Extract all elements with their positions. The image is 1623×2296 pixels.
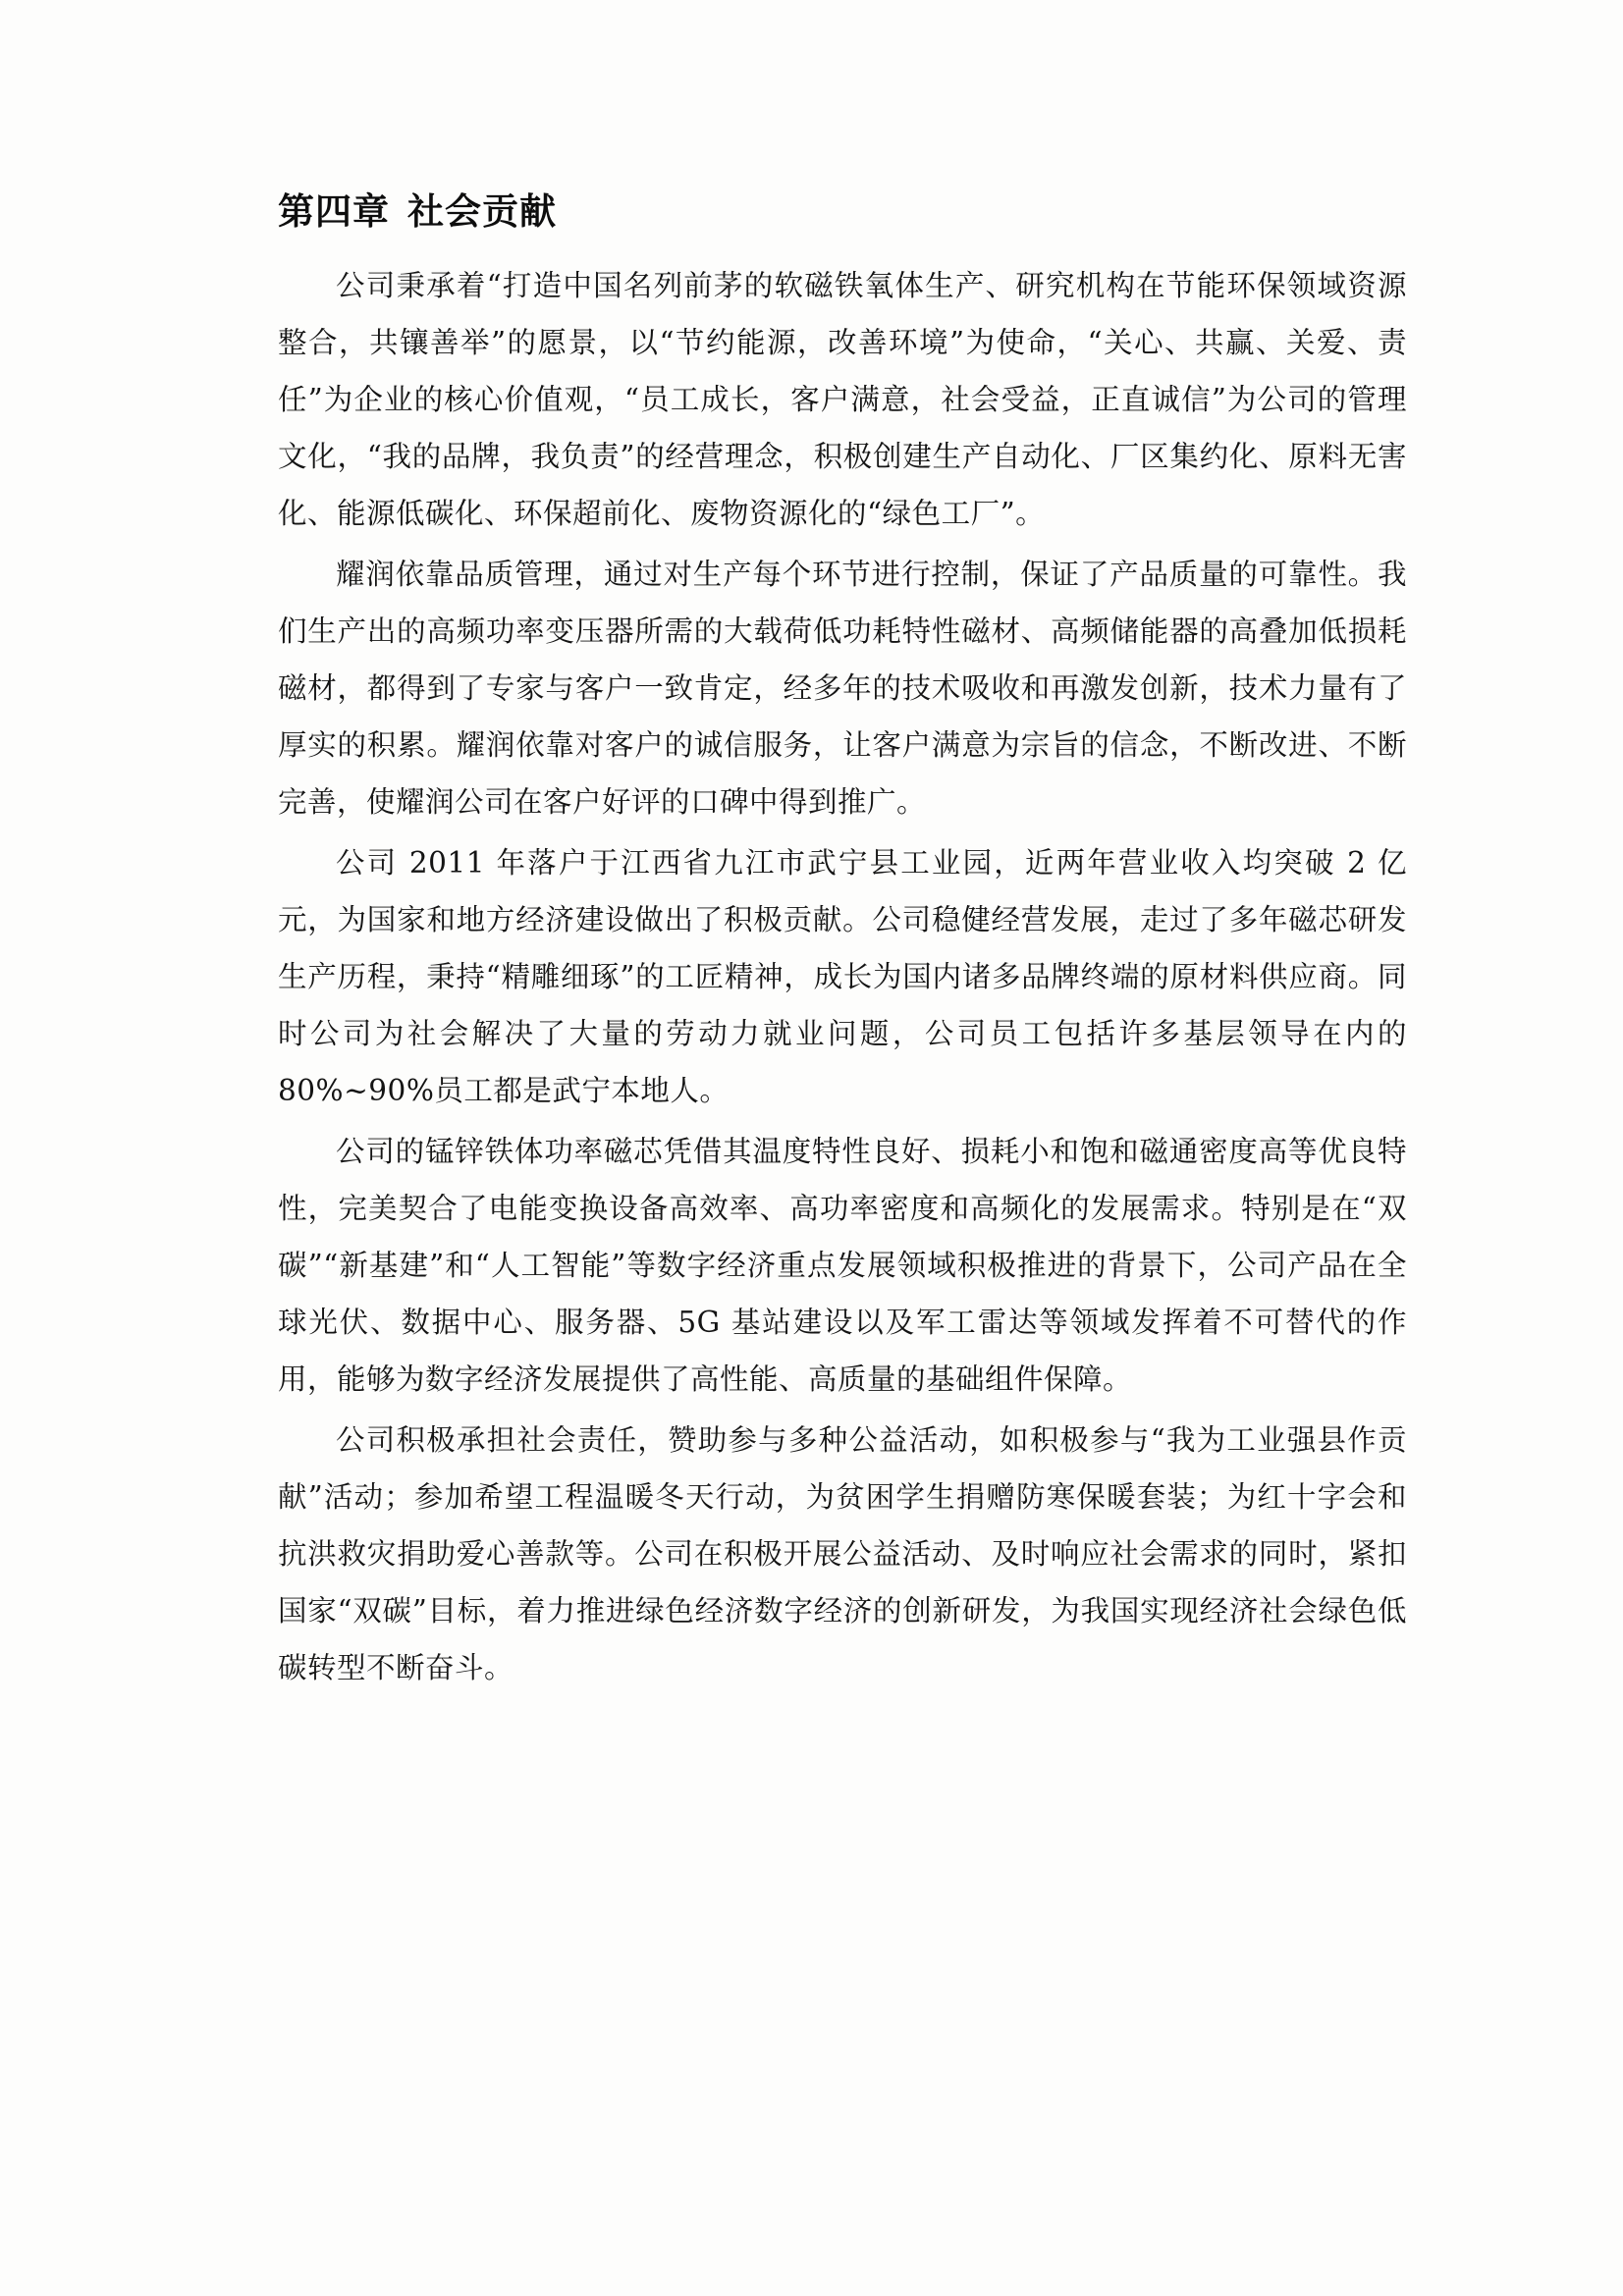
paragraph-quality: 耀润依靠品质管理，通过对生产每个环节进行控制，保证了产品质量的可靠性。我们生产出… — [278, 546, 1407, 830]
chapter-number: 第四章 — [278, 190, 390, 233]
scan-speck — [1324, 1159, 1326, 1162]
paragraph-social-responsibility: 公司积极承担社会责任，赞助参与多种公益活动，如积极参与“我为工业强县作贡献”活动… — [278, 1412, 1407, 1696]
paragraph-vision: 公司秉承着“打造中国名列前茅的软磁铁氧体生产、研究机构在节能环保领域资源整合，共… — [278, 257, 1407, 542]
chapter-title: 社会贡献 — [407, 190, 557, 233]
document-page: 第四章社会贡献 公司秉承着“打造中国名列前茅的软磁铁氧体生产、研究机构在节能环保… — [278, 187, 1407, 1700]
chapter-heading: 第四章社会贡献 — [278, 187, 1407, 238]
paragraph-products: 公司的锰锌铁体功率磁芯凭借其温度特性良好、损耗小和饱和磁通密度高等优良特性，完美… — [278, 1123, 1407, 1408]
paragraph-history: 公司 2011 年落户于江西省九江市武宁县工业园，近两年营业收入均突破 2 亿元… — [278, 834, 1407, 1119]
